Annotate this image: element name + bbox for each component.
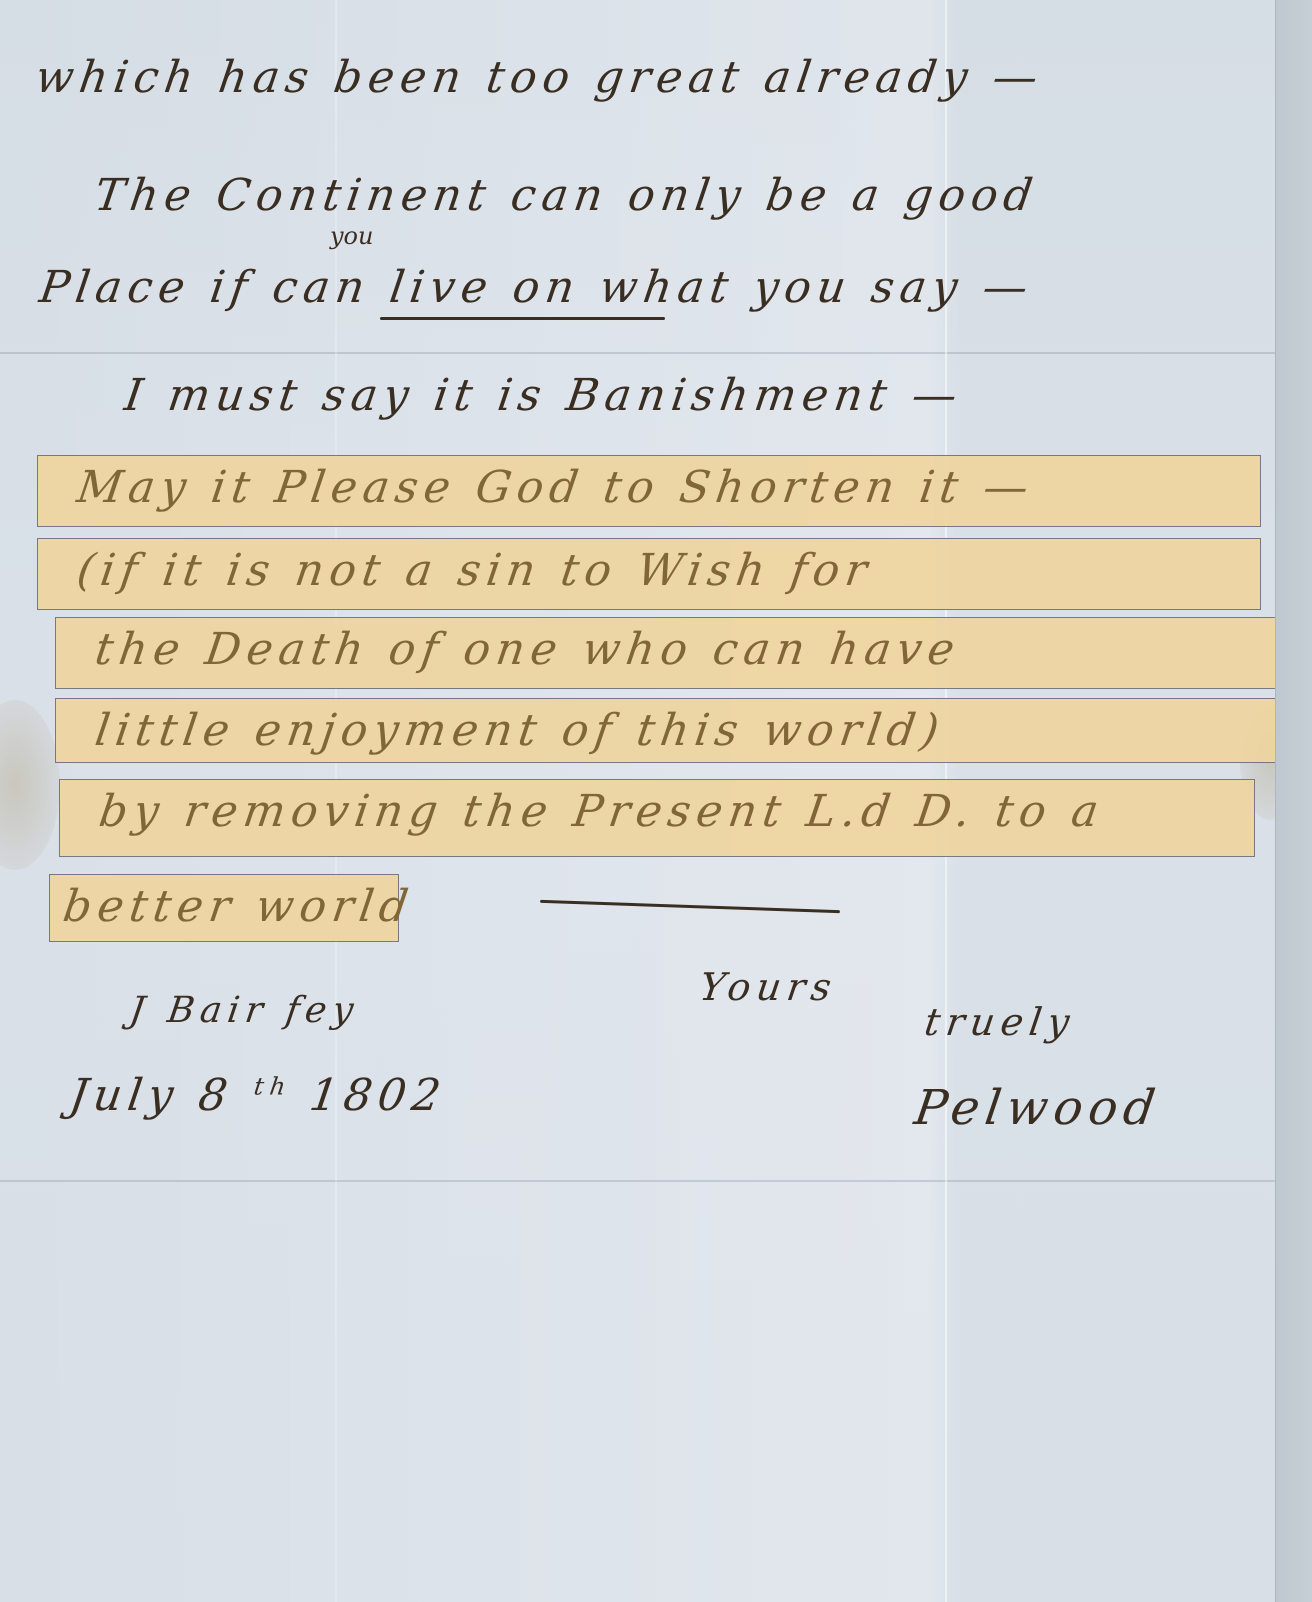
highlighted-line: (if it is not a sin to Wish for xyxy=(34,539,1264,596)
underline-stroke xyxy=(380,317,665,320)
highlighted-line: the Death of one who can have xyxy=(52,618,1281,675)
highlight-box: little enjoyment of this world) xyxy=(55,698,1278,763)
highlight-box: the Death of one who can have xyxy=(55,617,1278,689)
highlight-box: May it Please God to Shorten it — xyxy=(37,455,1261,527)
highlight-box: (if it is not a sin to Wish for xyxy=(37,538,1261,610)
paper-fold-line xyxy=(0,352,1275,354)
highlighted-line: better world xyxy=(46,875,402,932)
paper-fold-line xyxy=(0,1180,1275,1182)
date-suffix: th xyxy=(252,1072,293,1100)
date-day: July 8 xyxy=(66,1070,236,1121)
date-year: 1802 xyxy=(306,1070,449,1121)
date-line: July 8 th 1802 xyxy=(66,1070,449,1121)
letter-page: which has been too great already — The C… xyxy=(0,0,1275,1602)
page-edge xyxy=(1275,0,1312,1602)
highlighted-line: little enjoyment of this world) xyxy=(52,699,1281,756)
highlighted-line: May it Please God to Shorten it — xyxy=(34,456,1264,513)
letter-line: Place if can live on what you say — xyxy=(36,262,1036,313)
paper-stain xyxy=(0,700,60,870)
highlight-box: by removing the Present L.d D. to a xyxy=(59,779,1255,857)
valediction-truely: truely xyxy=(922,1000,1078,1044)
place-line: J Bair fey xyxy=(127,990,362,1031)
letter-line: The Continent can only be a good xyxy=(91,170,1041,221)
letter-line: I must say it is Banishment — xyxy=(121,370,966,421)
insertion-mark: you xyxy=(330,222,373,250)
highlight-box: better world xyxy=(49,874,399,942)
letter-line: which has been too great already — xyxy=(32,52,1046,103)
flourish-stroke xyxy=(540,900,840,913)
valediction-yours: Yours xyxy=(697,965,840,1009)
highlighted-line: by removing the Present L.d D. to a xyxy=(56,780,1258,837)
signature: Pelwood xyxy=(911,1080,1164,1136)
